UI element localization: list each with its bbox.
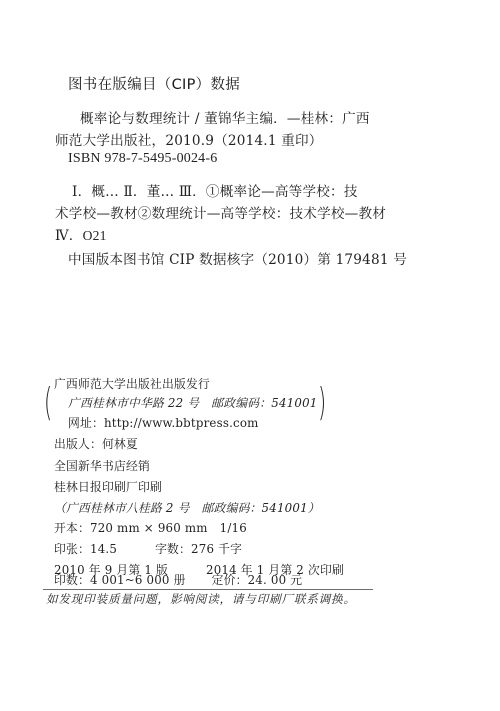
publisher-person: 出版人：何林夏 (54, 435, 138, 452)
word-count: 字数：276 千字 (155, 542, 242, 556)
cip-heading: 图书在版编目（CIP）数据 (68, 73, 240, 94)
classification-line-2: 术学校—教材②数理统计—高等学校：技术学校—教材 (55, 202, 386, 222)
divider-line (43, 589, 373, 590)
book-format: 开本：720 mm × 960 mm 1/16 (54, 519, 247, 536)
quality-notice: 如发现印装质量问题，影响阅读，请与印刷厂联系调换。 (46, 591, 356, 607)
sheets-wordcount-row: 印张：14.5字数：276 千字 (54, 540, 242, 557)
cip-library-record: 中国版本图书馆 CIP 数据核字（2010）第 179481 号 (68, 248, 407, 268)
publisher-name: 广西师范大学出版社出版发行 (54, 375, 210, 392)
copies-price-row: 印数：4 001~6 000 册定价：24. 00 元 (54, 571, 302, 588)
printed-sheets: 印张：14.5 (54, 542, 117, 556)
print-run: 印数：4 001~6 000 册 (54, 573, 186, 587)
classification-line-1: Ⅰ．概… Ⅱ．董… Ⅲ．①概率论—高等学校：技 (72, 180, 358, 200)
printer: 桂林日报印刷厂印刷 (54, 478, 162, 495)
book-title-editor-line: 概率论与数理统计 / 董锦华主编．—桂林：广西 (80, 107, 370, 127)
bracket-close: ) (318, 383, 326, 421)
publisher-address: 广西桂林市中华路 22 号 邮政编码：541001 (68, 394, 318, 411)
isbn: ISBN 978-7-5495-0024-6 (68, 151, 217, 167)
publisher-website: 网址：http://www.bbtpress.com (68, 414, 259, 431)
classification-line-3: Ⅳ．O21 (55, 224, 107, 244)
price: 定价：24. 00 元 (212, 573, 303, 587)
distributor: 全国新华书店经销 (54, 457, 150, 474)
bracket-open: ( (44, 383, 52, 421)
publisher-date-line: 师范大学出版社，2010.9（2014.1 重印） (55, 129, 323, 149)
printer-address: （广西桂林市八桂路 2 号 邮政编码：541001） (54, 499, 320, 516)
